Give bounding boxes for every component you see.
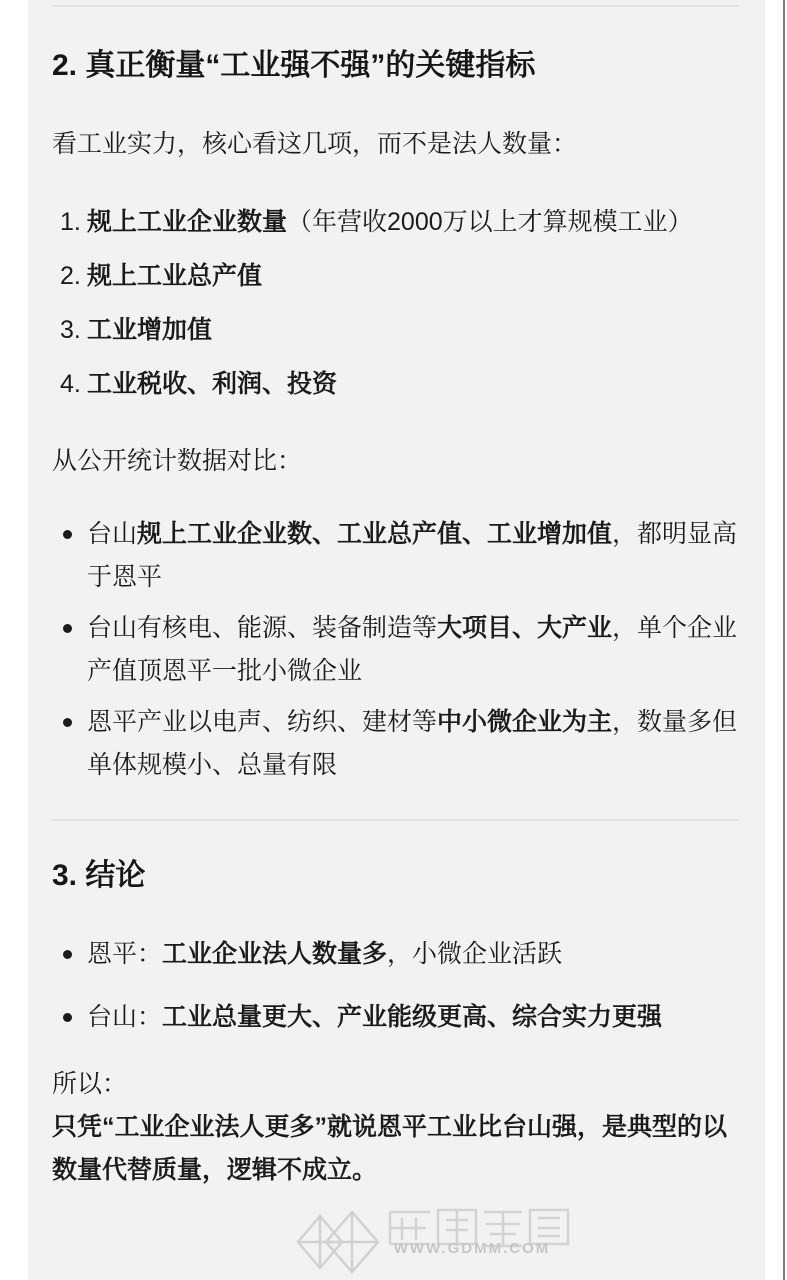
bold-text-segment: 工业企业法人数量多	[162, 940, 387, 968]
article-body: 2. 真正衡量“工业强不强”的关键指标 看工业实力，核心看这几项，而不是法人数量…	[28, 5, 765, 1192]
section-2-heading: 2. 真正衡量“工业强不强”的关键指标	[52, 47, 739, 85]
bullet-dot-icon	[63, 624, 72, 633]
key-indicators-list: 1.规上工业企业数量（年营收2000万以上才算规模工业）2.规上工业总产值3.工…	[52, 201, 739, 406]
list-number: 3.	[60, 309, 81, 352]
text-segment: 恩平：	[87, 940, 162, 968]
list-item: 4.工业税收、利润、投资	[52, 363, 739, 406]
bullet-dot-icon	[63, 950, 72, 959]
conclusion-bullet-list: 恩平：工业企业法人数量多，小微企业活跃台山：工业总量更大、产业能级更高、综合实力…	[52, 933, 739, 1039]
bold-text-segment: 工业增加值	[87, 316, 212, 344]
bold-text-segment: 规上工业总产值	[87, 262, 262, 290]
section-3-heading: 3. 结论	[52, 857, 739, 895]
text-segment: 台山：	[87, 1003, 162, 1031]
list-item: 3.工业增加值	[52, 309, 739, 352]
list-item: 恩平产业以电声、纺织、建材等中小微企业为主，数量多但单体规模小、总量有限	[52, 701, 739, 787]
list-number: 4.	[60, 363, 81, 406]
compare-intro: 从公开统计数据对比：	[52, 440, 739, 483]
bold-text-segment: 工业总量更大、产业能级更高、综合实力更强	[162, 1003, 662, 1031]
bold-text-segment: 中小微企业为主	[437, 708, 612, 736]
bullet-dot-icon	[63, 1013, 72, 1022]
list-item: 恩平：工业企业法人数量多，小微企业活跃	[52, 933, 739, 976]
text-segment: （年营收2000万以上才算规模工业）	[287, 208, 693, 236]
bullet-dot-icon	[63, 718, 72, 727]
text-segment: ，小微企业活跃	[387, 940, 562, 968]
bold-text-segment: 规上工业企业数量	[87, 208, 287, 236]
list-number: 1.	[60, 201, 81, 244]
final-statement: 只凭“工业企业法人更多”就说恩平工业比台山强，是典型的以数量代替质量，逻辑不成立…	[52, 1106, 739, 1192]
list-item: 台山规上工业企业数、工业总产值、工业增加值，都明显高于恩平	[52, 513, 739, 599]
gdmm-watermark-logo	[290, 1198, 590, 1278]
bold-text-segment: 规上工业企业数、工业总产值、工业增加值	[137, 520, 612, 548]
text-segment: 恩平产业以电声、纺织、建材等	[87, 708, 437, 736]
list-item: 台山：工业总量更大、产业能级更高、综合实力更强	[52, 996, 739, 1039]
bullet-dot-icon	[63, 530, 72, 539]
list-number: 2.	[60, 255, 81, 298]
list-item: 1.规上工业企业数量（年营收2000万以上才算规模工业）	[52, 201, 739, 244]
list-item: 台山有核电、能源、装备制造等大项目、大产业，单个企业产值顶恩平一批小微企业	[52, 607, 739, 693]
content-panel: WWW.GDMM.COM 2. 真正衡量“工业强不强”的关键指标 看工业实力，核…	[28, 0, 765, 1280]
list-item: 2.规上工业总产值	[52, 255, 739, 298]
section-divider	[52, 819, 739, 821]
text-segment: 台山有核电、能源、装备制造等	[87, 614, 437, 642]
bold-text-segment: 工业税收、利润、投资	[87, 370, 337, 398]
section-divider	[52, 5, 739, 7]
text-segment: 台山	[87, 520, 137, 548]
comparison-bullet-list: 台山规上工业企业数、工业总产值、工业增加值，都明显高于恩平台山有核电、能源、装备…	[52, 513, 739, 787]
site-watermark: WWW.GDMM.COM	[290, 1198, 590, 1278]
watermark-glyphs	[390, 1210, 568, 1246]
watermark-url: WWW.GDMM.COM	[354, 1240, 590, 1258]
so-label: 所以：	[52, 1063, 739, 1106]
section-2-intro: 看工业实力，核心看这几项，而不是法人数量：	[52, 123, 739, 166]
screen-right-edge	[783, 0, 785, 1280]
bold-text-segment: 大项目、大产业	[437, 614, 612, 642]
